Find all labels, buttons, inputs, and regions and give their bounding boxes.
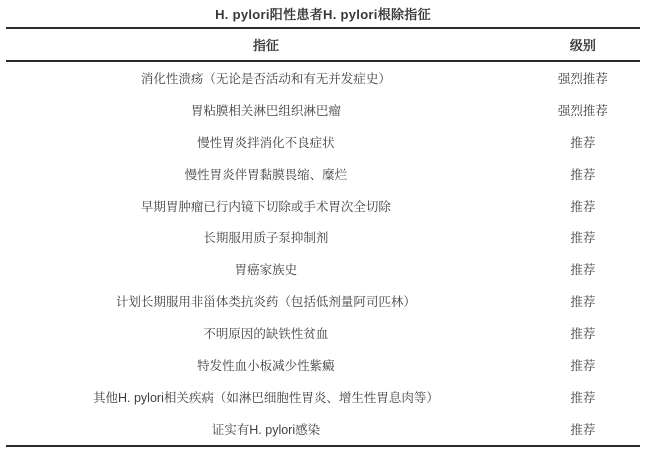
table-row: 计划长期服用非甾体类抗炎药（包括低剂量阿司匹林） 推荐 (6, 285, 640, 317)
indication-cell: 早期胃肿瘤已行内镜下切除或手术胃次全切除 (6, 197, 526, 215)
indication-cell: 胃粘膜相关淋巴组织淋巴瘤 (6, 101, 526, 119)
table-row: 其他H. pylori相关疾病（如淋巴细胞性胃炎、增生性胃息肉等） 推荐 (6, 381, 640, 413)
table-row: 慢性胃炎拌消化不良症状 推荐 (6, 126, 640, 158)
level-cell: 推荐 (526, 228, 640, 246)
table-row: 不明原因的缺铁性贫血 推荐 (6, 317, 640, 349)
indication-cell: 胃癌家族史 (6, 260, 526, 278)
level-cell: 推荐 (526, 356, 640, 374)
indication-cell: 长期服用质子泵抑制剂 (6, 228, 526, 246)
level-cell: 强烈推荐 (526, 69, 640, 87)
column-header-indication: 指征 (6, 35, 526, 54)
indications-table: 指征 级别 消化性溃疡（无论是否活动和有无并发症史） 强烈推荐 胃粘膜相关淋巴组… (6, 27, 640, 447)
level-cell: 强烈推荐 (526, 101, 640, 119)
indication-cell: 证实有H. pylori感染 (6, 420, 526, 438)
level-cell: 推荐 (526, 133, 640, 151)
indication-cell: 特发性血小板减少性紫癜 (6, 356, 526, 374)
level-cell: 推荐 (526, 324, 640, 342)
table-row: 特发性血小板减少性紫癜 推荐 (6, 349, 640, 381)
indication-cell: 不明原因的缺铁性贫血 (6, 324, 526, 342)
indication-cell: 慢性胃炎伴胃黏膜畏缩、糜烂 (6, 165, 526, 183)
indication-cell: 计划长期服用非甾体类抗炎药（包括低剂量阿司匹林） (6, 292, 526, 310)
level-cell: 推荐 (526, 260, 640, 278)
column-header-level: 级别 (526, 35, 640, 54)
indication-cell: 消化性溃疡（无论是否活动和有无并发症史） (6, 69, 526, 87)
table-row: 胃粘膜相关淋巴组织淋巴瘤 强烈推荐 (6, 94, 640, 126)
table-row: 早期胃肿瘤已行内镜下切除或手术胃次全切除 推荐 (6, 190, 640, 222)
table-row: 胃癌家族史 推荐 (6, 253, 640, 285)
table-row: 长期服用质子泵抑制剂 推荐 (6, 221, 640, 253)
level-cell: 推荐 (526, 197, 640, 215)
indication-cell: 慢性胃炎拌消化不良症状 (6, 133, 526, 151)
indication-cell: 其他H. pylori相关疾病（如淋巴细胞性胃炎、增生性胃息肉等） (6, 388, 526, 406)
table-row: 证实有H. pylori感染 推荐 (6, 413, 640, 445)
table-header-row: 指征 级别 (6, 29, 640, 62)
document-page: H. pylori阳性患者H. pylori根除指征 指征 级别 消化性溃疡（无… (0, 0, 646, 453)
table-row: 慢性胃炎伴胃黏膜畏缩、糜烂 推荐 (6, 158, 640, 190)
level-cell: 推荐 (526, 165, 640, 183)
level-cell: 推荐 (526, 292, 640, 310)
table-title: H. pylori阳性患者H. pylori根除指征 (0, 0, 646, 27)
table-body: 消化性溃疡（无论是否活动和有无并发症史） 强烈推荐 胃粘膜相关淋巴组织淋巴瘤 强… (6, 62, 640, 445)
table-row: 消化性溃疡（无论是否活动和有无并发症史） 强烈推荐 (6, 62, 640, 94)
level-cell: 推荐 (526, 388, 640, 406)
level-cell: 推荐 (526, 420, 640, 438)
